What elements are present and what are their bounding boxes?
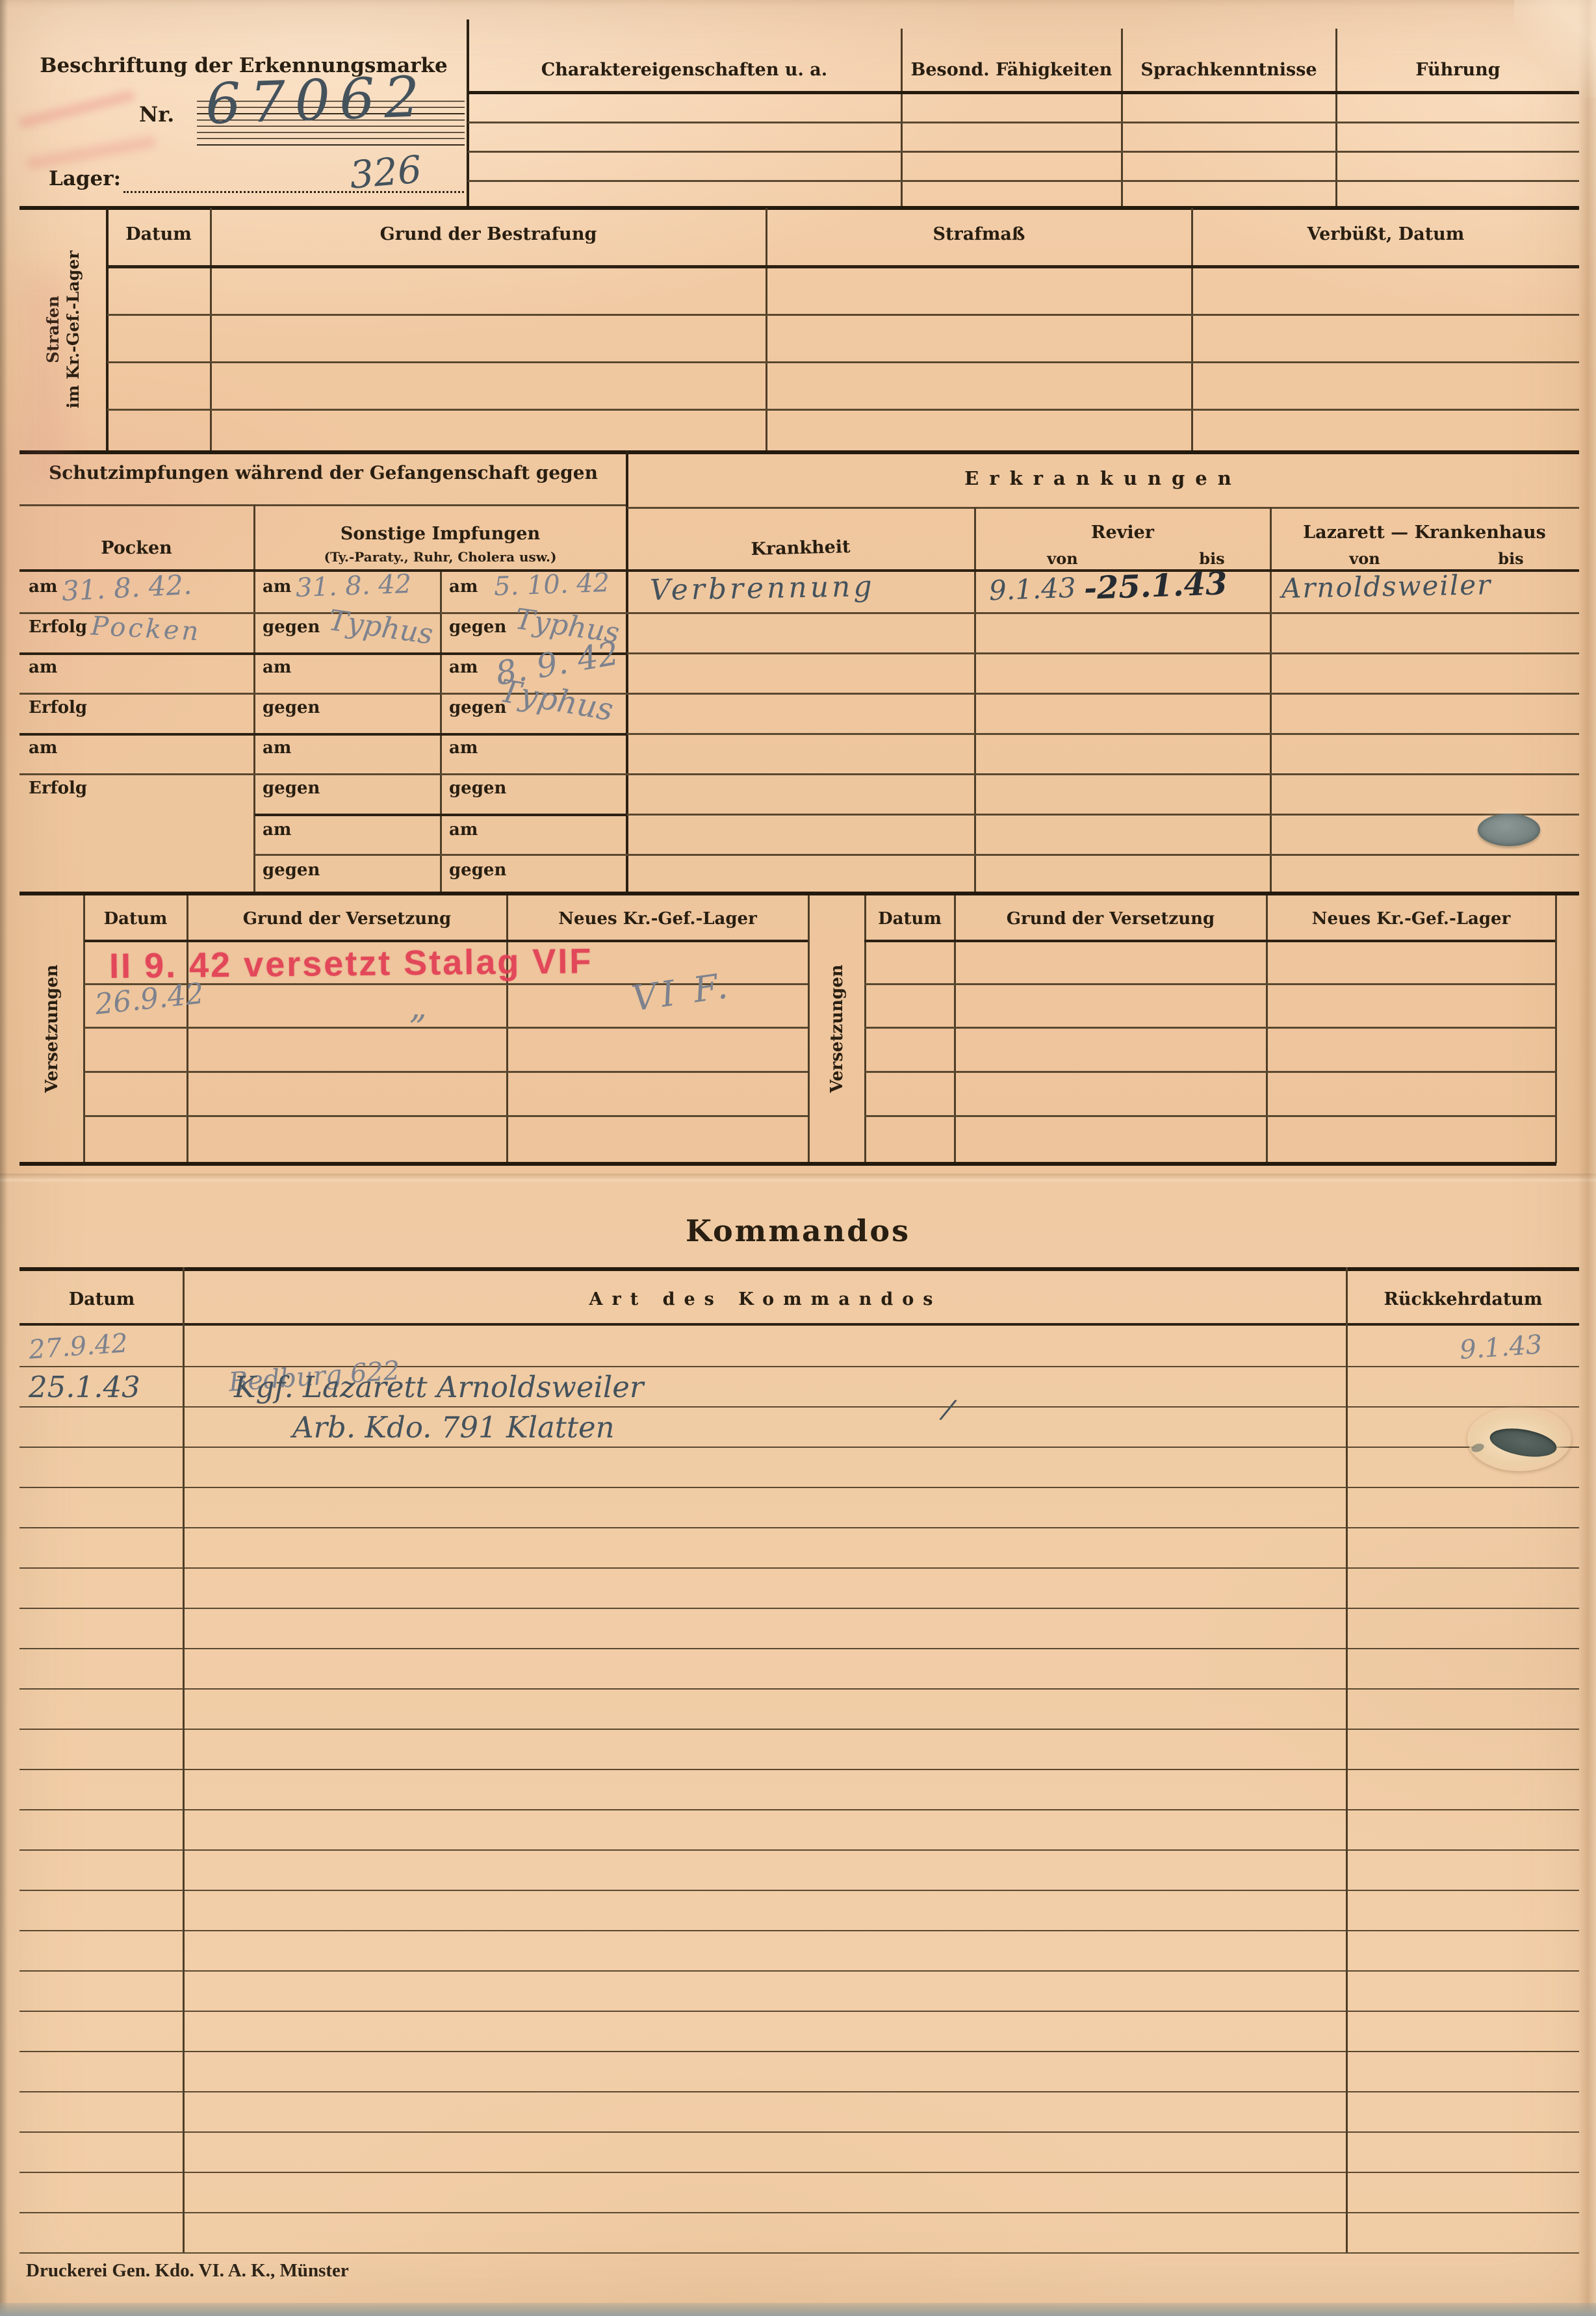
pocken-erfolg1-value: Pocken [90,613,201,645]
sonstige1-am1-value: 31. 8. 42 [295,571,411,601]
rule [468,91,1579,94]
versetzung-header-grund: Grund der Versetzung [188,910,506,929]
kommando-datum-cell: 25.1.43 [29,1370,191,1404]
erfolg-label: Erfolg [29,779,87,799]
gegen-label: gegen [449,618,506,637]
paper-fold-crease [0,1174,1596,1183]
rule [864,1027,1555,1029]
rule [864,940,1555,942]
rule [864,1115,1555,1117]
kommando-row [19,1930,1579,1972]
am-label: am [263,658,291,678]
lager-handwritten-value: 326 [348,150,423,194]
krankheit-value: Verbrennung [650,573,875,605]
rule [627,693,1579,695]
impfungen-col-pocken: Pocken [19,538,253,558]
kommando-row [19,1567,1579,1609]
rule [84,1115,808,1117]
scan-edge-bottom [0,2303,1596,2316]
versetzung-header-datum: Datum [84,910,187,929]
divider [187,895,188,1163]
lazarett-von-label: von [1326,550,1404,568]
strafen-header-grund: Grund der Bestrafung [211,224,766,244]
rule [107,314,1579,316]
versetzung-lager-value: VI F. [630,968,734,1017]
kommando-row [19,1608,1579,1649]
rule [468,180,1579,182]
divider [106,208,109,452]
am-label: am [449,821,478,840]
kommando-art-cell: Arb. Kdo. 791 Klatten [214,1410,1397,1445]
am-label: am [263,578,291,597]
erkrankungen-col-krankheit: Krankheit [627,534,975,563]
gegen-label: gegen [263,699,320,718]
revier-bis-label: bis [1173,550,1251,568]
kommando-row [19,1527,1579,1569]
sonstige2-am1-value: 5. 10. 42 [493,570,610,600]
kommando-row: 27.9.42Bedburg 6229.1.43 [19,1326,1579,1367]
scan-edge-left [0,0,8,2316]
divider [253,504,255,894]
rule [84,940,808,942]
versetzung-header-datum: Datum [866,910,954,929]
revier-von-value: 9.1.43 [988,574,1076,605]
scan-edge-right-crease [1578,0,1596,2316]
impfungen-col-sonstige-sub: (Ty.-Paraty., Ruhr, Cholera usw.) [255,550,626,565]
rule [255,854,627,856]
am-label: am [29,739,57,758]
col-header-faehigkeiten: Besond. Fähigkeiten [902,60,1121,80]
gegen-label: gegen [449,861,506,881]
section-rule [19,892,1579,895]
kommandos-header-datum: Datum [19,1289,184,1309]
kommando-rueckkehr-cell: 9.1.43 [1459,1324,1596,1365]
strafen-side-label-line1: Strafen [43,251,63,409]
divider [954,895,956,1163]
kommando-row [19,1809,1579,1851]
pocken-am1-value: 31. 8. 42. [61,571,192,605]
gegen-label: gegen [263,779,320,799]
divider [506,895,508,1163]
erkrankungen-col-lazarett: Lazarett — Krankenhaus [1271,522,1578,543]
rule [627,733,1579,735]
rule [107,409,1579,411]
kommando-row: 25.1.43Kgf. Lazarett Arnoldsweiler [19,1366,1579,1408]
rule [627,507,1579,509]
erfolg-label: Erfolg [29,699,87,718]
nr-handwritten-value: 67062 [205,69,430,133]
versetzung-header-lager: Neues Kr.-Gef.-Lager [508,910,808,929]
kommando-art-cell: Kgf. Lazarett Arnoldsweiler [214,1370,1339,1404]
versetzungen-side-label: Versetzungen [827,964,848,1092]
kommandos-header-rueckkehr: Rückkehrdatum [1347,1289,1579,1309]
rule [627,612,1579,614]
rule [468,122,1579,123]
kommando-row [19,1648,1579,1690]
gegen-label: gegen [449,779,506,799]
col-header-charakter: Charaktereigenschaften u. a. [468,60,901,80]
section-rule [19,206,1579,210]
red-pencil-smudge [26,136,156,170]
versetzt-stamp: II 9. 42 versetzt Stalag VIF [109,941,593,986]
rule [627,652,1579,654]
kommando-row [19,1890,1579,1931]
kommandos-title: Kommandos [0,1214,1596,1248]
divider [1555,895,1557,1163]
versetzung-grund-ditto: „ [409,990,427,1024]
divider [440,571,442,894]
divider [766,208,767,452]
section-rule [19,1162,1556,1166]
kommando-row [19,2011,1579,2052]
kommando-row [19,1970,1579,2012]
rule [19,773,627,775]
versetzung-header-grund: Grund der Versetzung [955,910,1266,929]
divider [974,507,976,894]
versetzung-header-lager: Neues Kr.-Gef.-Lager [1267,910,1555,929]
kommando-datum-cell: 27.9.42 [28,1324,192,1365]
divider [83,895,85,1163]
am-label: am [263,739,291,758]
divider [864,895,866,1163]
kommando-row [19,2212,1579,2254]
strafen-side-label: Strafen im Kr.-Gef.-Lager [43,251,84,409]
nr-label: Nr. [139,103,174,127]
rule [84,1027,808,1029]
divider [183,1267,185,2252]
revier-bis-value: -25.1.43 [1083,568,1228,604]
am-label: am [29,658,57,678]
divider [1191,208,1193,452]
pow-record-card-scan: Beschriftung der Erkennungsmarke Nr. 670… [0,0,1596,2316]
strafen-header-verbuesst: Verbüßt, Datum [1192,224,1579,244]
lazarett-bis-label: bis [1472,550,1550,568]
col-header-sprachkenntnisse: Sprachkenntnisse [1122,60,1335,80]
divider [1270,507,1272,894]
rule [627,854,1579,856]
strafen-header-strafmass: Strafmaß [767,224,1191,244]
section-rule [19,1267,1579,1271]
impfungen-title: Schutzimpfungen während der Gefangenscha… [23,463,624,483]
kommando-row [19,1447,1579,1488]
erkrankungen-title: Erkrankungen [627,468,1579,489]
am-label: am [449,658,478,678]
divider [626,450,628,894]
gegen-label: gegen [263,861,320,881]
kommando-row [19,1849,1579,1891]
rule [468,151,1579,153]
rule [864,1071,1555,1073]
kommando-row [19,2051,1579,2092]
red-pencil-smudge [19,90,135,128]
divider [1266,895,1268,1163]
rule [627,773,1579,775]
am-label: am [263,821,291,840]
col-header-fuehrung: Führung [1337,60,1579,80]
kommando-row: Arb. Kdo. 791 Klatten [19,1406,1579,1448]
strafen-header-datum: Datum [107,224,210,244]
rule [627,814,1579,816]
kommando-row [19,2172,1579,2213]
rule [864,983,1555,985]
kommando-row [19,1769,1579,1810]
sonstige2-gegen2-value: Typhus [497,675,615,726]
gegen-label: gegen [263,618,320,637]
lazarett-von-value: Arnoldsweiler [1281,571,1492,602]
printer-imprint: Druckerei Gen. Kdo. VI. A. K., Münster [26,2260,349,2282]
punch-hole [1478,814,1540,846]
rule [107,361,1579,363]
am-label: am [449,739,478,758]
revier-von-label: von [1023,550,1101,568]
section-rule [19,450,1579,454]
erkrankungen-col-revier: Revier [975,522,1270,543]
impfungen-col-sonstige: Sonstige Impfungen [255,524,626,544]
strafen-side-label-line2: im Kr.-Gef.-Lager [63,251,83,409]
rule [255,814,627,816]
rule [107,265,1579,268]
corner-crease-top-right [1514,0,1596,97]
am-label: am [449,578,478,597]
kommando-row [19,1729,1579,1770]
kommando-row [19,1487,1579,1528]
rule [19,504,627,506]
divider [808,895,810,1163]
rule [19,733,627,736]
kommando-row [19,1688,1579,1730]
kommando-row [19,2091,1579,2133]
lager-label: Lager: [49,168,121,191]
divider [210,208,212,452]
am-label: am [29,578,57,597]
rule [84,1071,808,1073]
versetzungen-side-label: Versetzungen [42,964,63,1092]
erfolg-label: Erfolg [29,618,87,637]
kommando-row [19,2131,1579,2173]
